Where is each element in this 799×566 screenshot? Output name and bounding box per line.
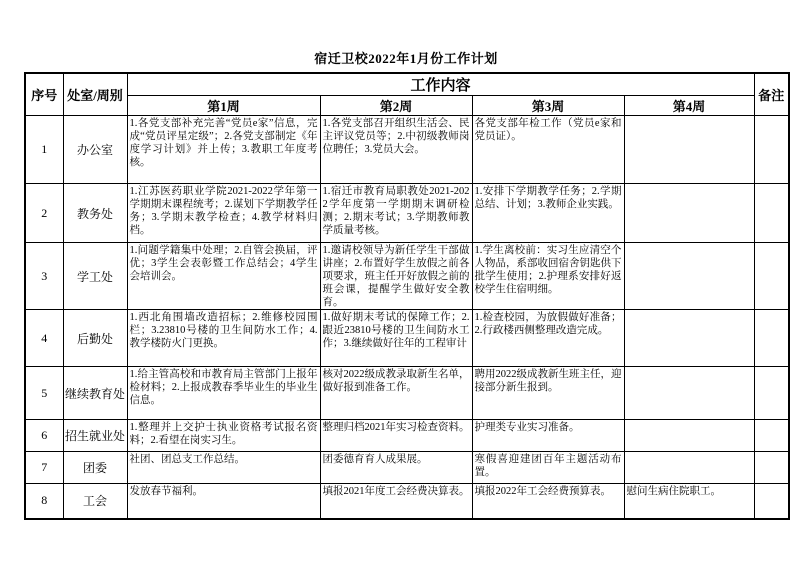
week3-cell: 填报2022年工会经费预算表。	[472, 484, 624, 519]
week2-cell: 1.宿迁市教育局职教处2021-2022学年度第一学期期末调研检测；2.期末考试…	[320, 184, 472, 243]
week4-cell	[624, 452, 754, 484]
header-seq: 序号	[25, 73, 63, 116]
remark-cell	[754, 184, 789, 243]
week3-cell: 1.安排下学期教学任务；2.学期总结、计划；3.教师企业实践。	[472, 184, 624, 243]
table-row: 8 工会 发放春节福利。 填报2021年度工会经费决算表。 填报2022年工会经…	[25, 484, 789, 519]
header-week3: 第3周	[472, 96, 624, 116]
header-dept: 处室/周别	[63, 73, 127, 116]
remark-cell	[754, 484, 789, 519]
week4-cell	[624, 367, 754, 420]
dept-cell: 后勤处	[63, 310, 127, 367]
header-row-weeks: 第1周 第2周 第3周 第4周	[25, 96, 789, 116]
header-work-content: 工作内容	[127, 73, 754, 96]
week1-cell: 发放春节福利。	[127, 484, 320, 519]
dept-cell: 办公室	[63, 116, 127, 184]
remark-cell	[754, 452, 789, 484]
week4-cell	[624, 116, 754, 184]
remark-cell	[754, 243, 789, 310]
week1-cell: 社团、团总支工作总结。	[127, 452, 320, 484]
week4-cell	[624, 310, 754, 367]
week1-cell: 1.江苏医药职业学院2021-2022学年第一学期期末课程统考；2.谋划下学期教…	[127, 184, 320, 243]
week3-cell: 1.检查校园，为放假做好准备；2.行政楼西侧整理改造完成。	[472, 310, 624, 367]
week4-cell	[624, 243, 754, 310]
remark-cell	[754, 310, 789, 367]
week1-cell: 1.问题学籍集中处理；2.自管会换届，评优；3学生会表彰暨工作总结会；4学生会培…	[127, 243, 320, 310]
seq-cell: 7	[25, 452, 63, 484]
week4-cell	[624, 420, 754, 452]
remark-cell	[754, 420, 789, 452]
table-row: 1 办公室 1.各党支部补充完善“党员e家”信息，完成“党员评星定级”；2.各党…	[25, 116, 789, 184]
week2-cell: 团委德育育人成果展。	[320, 452, 472, 484]
dept-cell: 工会	[63, 484, 127, 519]
header-row-main: 序号 处室/周别 工作内容 备注	[25, 73, 789, 96]
table-row: 3 学工处 1.问题学籍集中处理；2.自管会换届，评优；3学生会表彰暨工作总结会…	[25, 243, 789, 310]
week2-cell: 1.做好期末考试的保障工作；2.跟近23810号楼的卫生间防水工作；3.继续做好…	[320, 310, 472, 367]
remark-cell	[754, 116, 789, 184]
remark-cell	[754, 367, 789, 420]
week1-cell: 1.各党支部补充完善“党员e家”信息，完成“党员评星定级”；2.各党支部制定《年…	[127, 116, 320, 184]
seq-cell: 4	[25, 310, 63, 367]
dept-cell: 学工处	[63, 243, 127, 310]
week2-cell: 填报2021年度工会经费决算表。	[320, 484, 472, 519]
week3-cell: 护理类专业实习准备。	[472, 420, 624, 452]
dept-cell: 继续教育处	[63, 367, 127, 420]
dept-cell: 团委	[63, 452, 127, 484]
week3-cell: 聘用2022级成教新生班主任，迎接部分新生报到。	[472, 367, 624, 420]
work-plan-table: 序号 处室/周别 工作内容 备注 第1周 第2周 第3周 第4周 1 办公室 1…	[24, 72, 790, 520]
week2-cell: 整理归档2021年实习检查资料。	[320, 420, 472, 452]
week1-cell: 1.西北角围墙改造招标；2.维修校园围栏；3.23810号楼的卫生间防水工作；4…	[127, 310, 320, 367]
table-row: 2 教务处 1.江苏医药职业学院2021-2022学年第一学期期末课程统考；2.…	[25, 184, 789, 243]
week3-cell: 寒假喜迎建团百年主题活动布置。	[472, 452, 624, 484]
week4-cell	[624, 184, 754, 243]
dept-cell: 招生就业处	[63, 420, 127, 452]
week4-cell: 慰问生病住院职工。	[624, 484, 754, 519]
week3-cell: 1.学生离校前：实习生应清空个人物品，系部收回宿舍钥匙供下批学生使用；2.护理系…	[472, 243, 624, 310]
seq-cell: 8	[25, 484, 63, 519]
table-row: 4 后勤处 1.西北角围墙改造招标；2.维修校园围栏；3.23810号楼的卫生间…	[25, 310, 789, 367]
table-row: 6 招生就业处 1.整理并上交护士执业资格考试报名资料；2.看望在岗实习生。 整…	[25, 420, 789, 452]
week3-cell: 各党支部年检工作（党员e家和党员证）。	[472, 116, 624, 184]
seq-cell: 6	[25, 420, 63, 452]
dept-cell: 教务处	[63, 184, 127, 243]
week1-cell: 1.整理并上交护士执业资格考试报名资料；2.看望在岗实习生。	[127, 420, 320, 452]
seq-cell: 1	[25, 116, 63, 184]
week1-cell: 1.给主管高校和市教育局主管部门上报年检材料；2.上报成教春季毕业生的毕业生信息…	[127, 367, 320, 420]
header-week2: 第2周	[320, 96, 472, 116]
seq-cell: 5	[25, 367, 63, 420]
page-title: 宿迁卫校2022年1月份工作计划	[24, 48, 788, 67]
week2-cell: 1.各党支部召开组织生活会、民主评议党员等；2.中初级教师岗位聘任；3.党员大会…	[320, 116, 472, 184]
table-row: 7 团委 社团、团总支工作总结。 团委德育育人成果展。 寒假喜迎建团百年主题活动…	[25, 452, 789, 484]
header-week1: 第1周	[127, 96, 320, 116]
seq-cell: 3	[25, 243, 63, 310]
seq-cell: 2	[25, 184, 63, 243]
table-row: 5 继续教育处 1.给主管高校和市教育局主管部门上报年检材料；2.上报成教春季毕…	[25, 367, 789, 420]
header-week4: 第4周	[624, 96, 754, 116]
week2-cell: 核对2022级成教录取新生名单，做好报到准备工作。	[320, 367, 472, 420]
header-remark: 备注	[754, 73, 789, 116]
week2-cell: 1.邀请校领导为新任学生干部做讲座；2.布置好学生放假之前各项要求，班主任开好放…	[320, 243, 472, 310]
